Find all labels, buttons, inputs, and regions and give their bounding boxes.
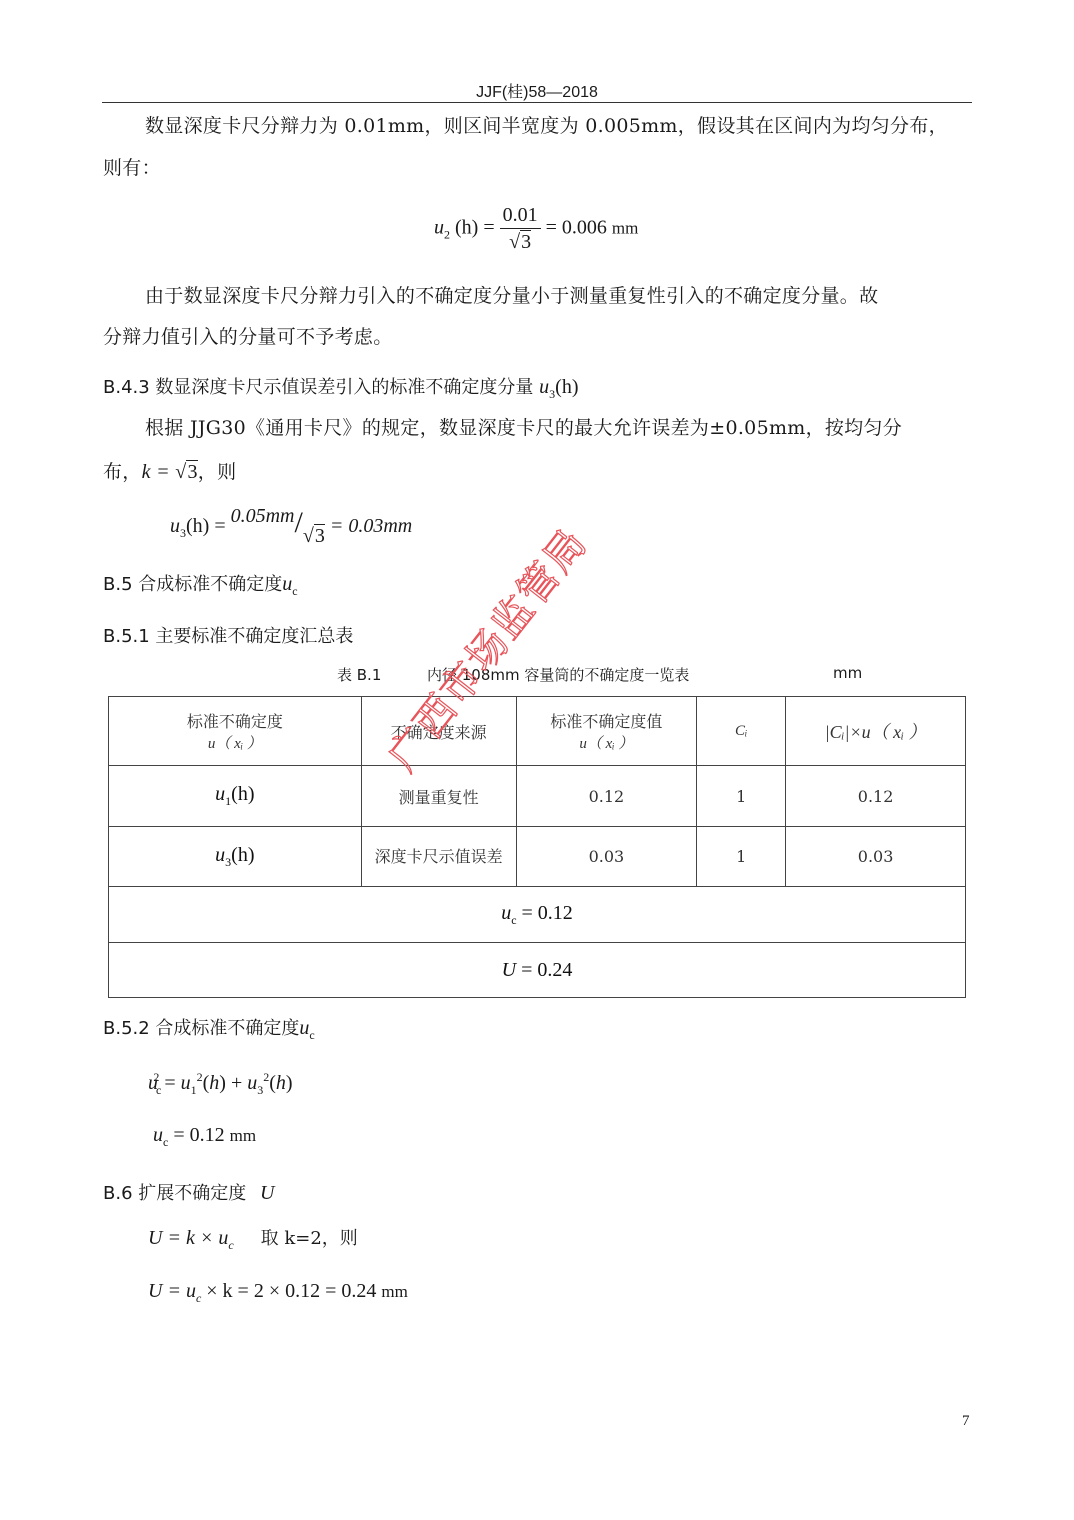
header-source: 不确定度来源 [361,697,516,766]
row-product: 0.03 [786,827,966,887]
paragraph-resolution: 数显深度卡尺分辩力为 0.01mm，则区间半宽度为 0.005mm，假设其在区间… [103,106,973,146]
uncertainty-summary-table: 标准不确定度u（ xᵢ ） 不确定度来源 标准不确定度值u（ xᵢ ） Cᵢ |… [108,696,966,998]
row-product: 0.12 [786,766,966,827]
table-row-combined: uc = 0.12 [109,887,966,943]
table-header-row: 标准不确定度u（ xᵢ ） 不确定度来源 标准不确定度值u（ xᵢ ） Cᵢ |… [109,697,966,766]
row-source: 深度卡尺示值误差 [361,827,516,887]
formula-expanded-definition: U = k × uc 取 k=2，则 [148,1224,358,1253]
paragraph-mpe-cont: 布，k = √3，则 [103,452,973,492]
page-number: 7 [962,1413,970,1430]
formula-u2: u2 (h) = 0.01 √3 = 0.006 mm [434,204,638,254]
section-heading-b52: B.5.2 合成标准不确定度uc [103,1014,315,1043]
formula-u3: u3(h) = 0.05mm/√3 = 0.03mm [170,505,412,548]
row-ci: 1 [697,827,786,887]
paragraph-resolution-conclusion: 由于数显深度卡尺分辩力引入的不确定度分量小于测量重复性引入的不确定度分量。故 [103,276,973,316]
section-heading-b6: B.6 扩展不确定度 U [103,1179,274,1205]
header-product: |Cᵢ|×u（ xᵢ ） [786,697,966,766]
paragraph-resolution-cont: 则有： [103,148,973,188]
row-symbol: u3(h) [109,827,362,887]
table-caption-label: 表 B.1 [337,664,381,685]
document-header-title: JJF(桂)58—2018 [0,79,1074,102]
table-row: u1(h) 测量重复性 0.12 1 0.12 [109,766,966,827]
paragraph-resolution-conclusion-cont: 分辩力值引入的分量可不予考虑。 [103,317,973,357]
table-caption-unit: mm [833,664,862,682]
header-std-value: 标准不确定度值u（ xᵢ ） [516,697,697,766]
section-heading-b5: B.5 合成标准不确定度uc [103,570,298,599]
header-ci: Cᵢ [697,697,786,766]
row-value: 0.03 [516,827,697,887]
formula-combined-value: uc = 0.12 mm [153,1124,256,1150]
formula-expanded-value: U = uc × k = 2 × 0.12 = 0.24 mm [148,1280,408,1306]
fraction: 0.01 √3 [500,204,541,254]
formula-combined-squared: uc2 = u12(h) + u32(h) [148,1070,293,1098]
section-heading-b51: B.5.1 主要标准不确定度汇总表 [103,622,353,648]
row-value: 0.12 [516,766,697,827]
header-divider [102,102,972,103]
table-row: u3(h) 深度卡尺示值误差 0.03 1 0.03 [109,827,966,887]
table-caption-title: 内径 108mm 容量筒的不确定度一览表 [427,664,689,685]
row-ci: 1 [697,766,786,827]
table-row-expanded: U = 0.24 [109,943,966,998]
row-symbol: u1(h) [109,766,362,827]
row-source: 测量重复性 [361,766,516,827]
paragraph-mpe: 根据 JJG30《通用卡尺》的规定，数显深度卡尺的最大允许误差为±0.05mm，… [103,408,973,448]
section-heading-b43: B.4.3 数显深度卡尺示值误差引入的标准不确定度分量 u3(h) [103,373,578,402]
header-std-uncertainty: 标准不确定度u（ xᵢ ） [109,697,362,766]
